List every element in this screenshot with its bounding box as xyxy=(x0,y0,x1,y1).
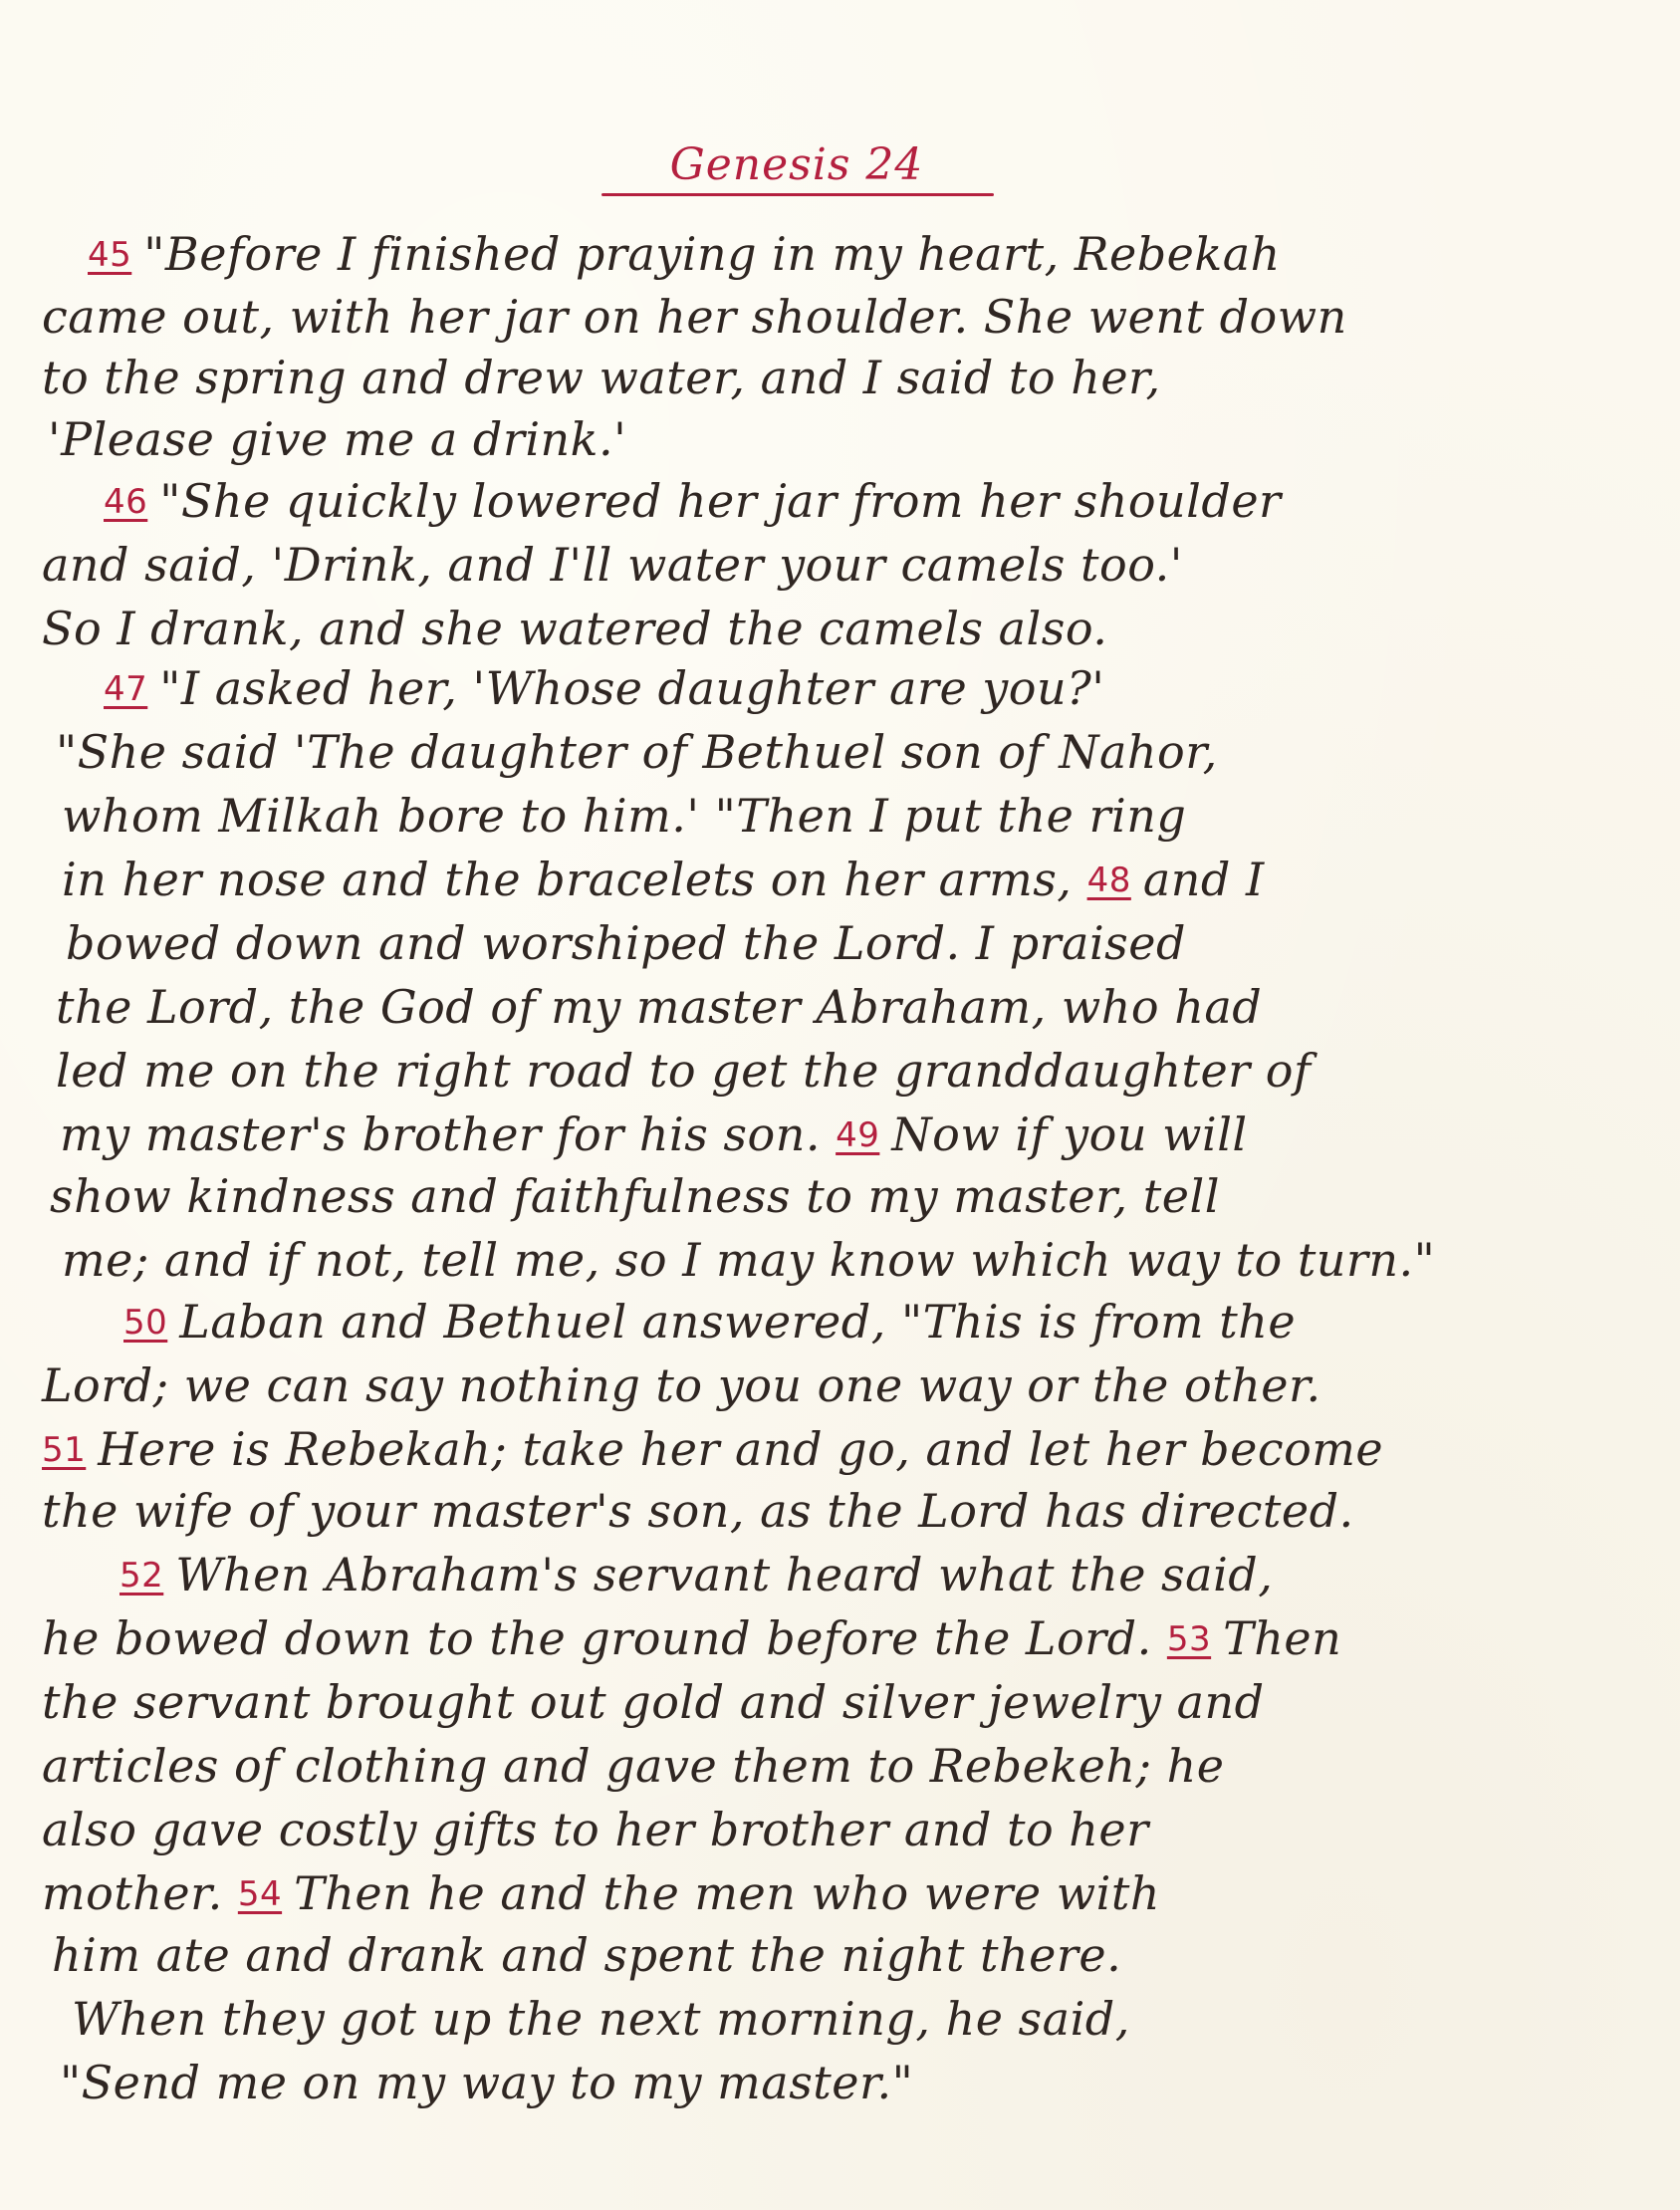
text-line: 52When Abraham's servant heard what the … xyxy=(120,1552,1273,1597)
line-text: Now if you will xyxy=(891,1107,1247,1161)
line-text: came out, with her jar on her shoulder. … xyxy=(42,290,1347,344)
text-line: "Send me on my way to my master." xyxy=(60,2060,913,2105)
text-line: also gave costly gifts to her brother an… xyxy=(42,1807,1149,1852)
line-text: led me on the right road to get the gran… xyxy=(56,1044,1312,1098)
line-text: show kindness and faithfulness to my mas… xyxy=(50,1169,1220,1223)
text-line: bowed down and worshiped the Lord. I pra… xyxy=(66,920,1186,966)
text-line: 'Please give me a drink.' xyxy=(48,416,626,462)
text-line: him ate and drank and spent the night th… xyxy=(52,1932,1121,1978)
verse-number: 54 xyxy=(238,1874,282,1914)
line-text: 'Please give me a drink.' xyxy=(48,412,626,466)
text-line: the wife of your master's son, as the Lo… xyxy=(42,1488,1354,1534)
text-line: So I drank, and she watered the camels a… xyxy=(42,606,1107,651)
line-text: Then xyxy=(1223,1611,1341,1665)
verse-number: 45 xyxy=(88,235,131,275)
text-line: and said, 'Drink, and I'll water your ca… xyxy=(42,542,1183,588)
text-line: 51Here is Rebekah; take her and go, and … xyxy=(42,1426,1383,1472)
text-line: 46"She quickly lowered her jar from her … xyxy=(104,478,1282,524)
verse-number: 49 xyxy=(836,1115,879,1155)
scripture-text: 45"Before I finished praying in my heart… xyxy=(0,0,1680,2210)
text-line: the Lord, the God of my master Abraham, … xyxy=(56,984,1262,1030)
line-text: the wife of your master's son, as the Lo… xyxy=(42,1484,1354,1538)
text-line: articles of clothing and gave them to Re… xyxy=(42,1743,1224,1789)
line-text: whom Milkah bore to him.' "Then I put th… xyxy=(62,789,1186,843)
line-text: also gave costly gifts to her brother an… xyxy=(42,1803,1149,1856)
text-line: "She said 'The daughter of Bethuel son o… xyxy=(56,729,1218,775)
line-text: the servant brought out gold and silver … xyxy=(42,1675,1265,1729)
line-text: in her nose and the bracelets on her arm… xyxy=(62,853,1072,906)
text-line: 50Laban and Bethuel answered, "This is f… xyxy=(123,1299,1296,1345)
text-line: Lord; we can say nothing to you one way … xyxy=(42,1362,1321,1408)
line-text: "Before I finished praying in my heart, … xyxy=(143,227,1281,281)
verse-number: 50 xyxy=(123,1303,167,1343)
text-line: 47"I asked her, 'Whose daughter are you?… xyxy=(104,665,1104,711)
line-text: Laban and Bethuel answered, "This is fro… xyxy=(179,1295,1296,1349)
line-text: So I drank, and she watered the camels a… xyxy=(42,602,1107,655)
text-line: my master's brother for his son. 49Now i… xyxy=(60,1111,1248,1157)
line-text: "Send me on my way to my master." xyxy=(60,2056,913,2109)
line-text: to the spring and drew water, and I said… xyxy=(42,351,1161,404)
text-line: to the spring and drew water, and I said… xyxy=(42,355,1161,400)
text-line: 45"Before I finished praying in my heart… xyxy=(88,231,1281,277)
line-text: When they got up the next morning, he sa… xyxy=(72,1992,1130,2046)
handwritten-page: Genesis 24 45"Before I finished praying … xyxy=(0,0,1680,2210)
text-line: mother. 54Then he and the men who were w… xyxy=(42,1870,1160,1916)
verse-number: 47 xyxy=(104,669,147,709)
text-line: the servant brought out gold and silver … xyxy=(42,1679,1265,1725)
text-line: When they got up the next morning, he sa… xyxy=(72,1996,1130,2042)
line-text: "She said 'The daughter of Bethuel son o… xyxy=(56,725,1218,779)
verse-number: 48 xyxy=(1087,860,1131,900)
line-text: "She quickly lowered her jar from her sh… xyxy=(159,474,1281,528)
text-line: in her nose and the bracelets on her arm… xyxy=(62,857,1265,902)
line-text: and I xyxy=(1143,853,1265,906)
text-line: led me on the right road to get the gran… xyxy=(56,1048,1312,1094)
text-line: whom Milkah bore to him.' "Then I put th… xyxy=(62,793,1186,839)
line-text: mother. xyxy=(42,1866,223,1920)
text-line: show kindness and faithfulness to my mas… xyxy=(50,1173,1220,1219)
line-text: Here is Rebekah; take her and go, and le… xyxy=(98,1422,1383,1476)
line-text: bowed down and worshiped the Lord. I pra… xyxy=(66,916,1186,970)
line-text: and said, 'Drink, and I'll water your ca… xyxy=(42,538,1183,592)
line-text: my master's brother for his son. xyxy=(60,1107,821,1161)
text-line: me; and if not, tell me, so I may know w… xyxy=(62,1237,1435,1283)
verse-number: 52 xyxy=(120,1556,163,1596)
line-text: he bowed down to the ground before the L… xyxy=(42,1611,1152,1665)
line-text: "I asked her, 'Whose daughter are you?' xyxy=(159,661,1104,715)
text-line: he bowed down to the ground before the L… xyxy=(42,1615,1341,1661)
line-text: articles of clothing and gave them to Re… xyxy=(42,1739,1224,1793)
verse-number: 51 xyxy=(42,1430,86,1470)
line-text: Then he and the men who were with xyxy=(294,1866,1160,1920)
line-text: him ate and drank and spent the night th… xyxy=(52,1928,1121,1982)
line-text: Lord; we can say nothing to you one way … xyxy=(42,1358,1321,1412)
text-line: came out, with her jar on her shoulder. … xyxy=(42,294,1347,340)
line-text: When Abraham's servant heard what the sa… xyxy=(175,1548,1273,1601)
line-text: the Lord, the God of my master Abraham, … xyxy=(56,980,1262,1034)
line-text: me; and if not, tell me, so I may know w… xyxy=(62,1233,1435,1287)
verse-number: 53 xyxy=(1167,1619,1211,1659)
verse-number: 46 xyxy=(104,482,147,522)
